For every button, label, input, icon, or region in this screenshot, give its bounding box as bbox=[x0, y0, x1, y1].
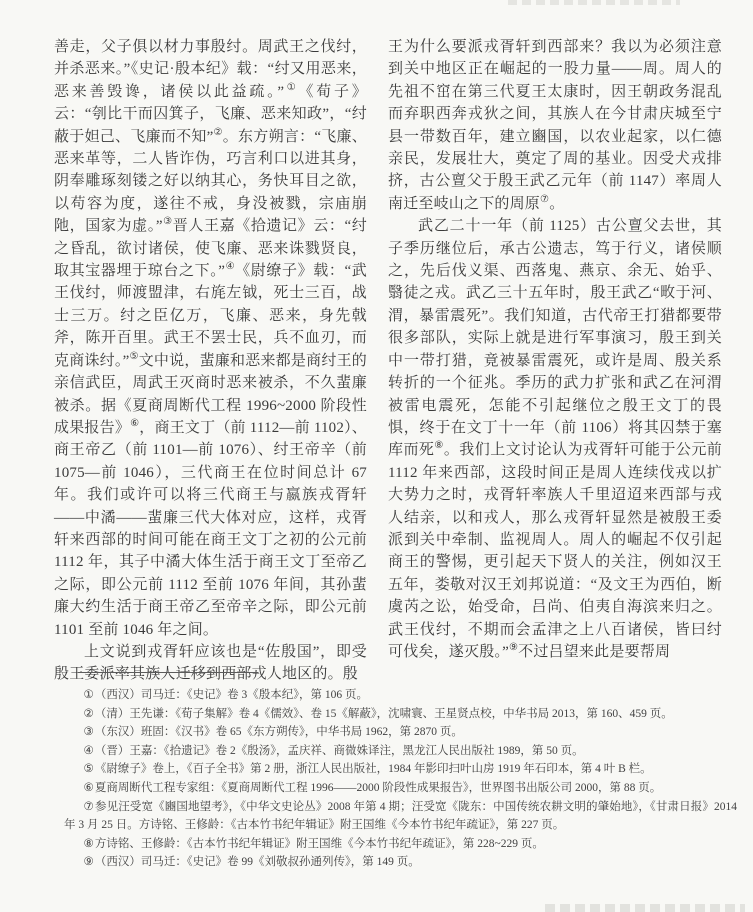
footnote-marker: ⑤ bbox=[84, 763, 94, 775]
footnote-item: ⑨（西汉）司马迁：《史记》卷 99《刘敬叔孙通列传》，第 149 页。 bbox=[64, 853, 737, 872]
footnote-item: ①（西汉）司马迁：《史记》卷 3《殷本纪》，第 106 页。 bbox=[64, 686, 737, 705]
text-columns: 善走，父子俱以材力事殷纣。周武王之伐纣，并杀恶来。”《史记·殷本纪》载：“纣又用… bbox=[54, 36, 722, 686]
footnote-ref: ① bbox=[284, 82, 298, 93]
footnotes-section: ①（西汉）司马迁：《史记》卷 3《殷本纪》，第 106 页。②（清）王先谦：《荀… bbox=[64, 672, 737, 872]
footnote-item: ⑥夏商周断代工程专家组：《夏商周断代工程 1996——2000 阶段性成果报告》… bbox=[64, 779, 737, 798]
paragraph: 善走，父子俱以材力事殷纣。周武王之伐纣，并杀恶来。”《史记·殷本纪》载：“纣又用… bbox=[54, 36, 367, 641]
page-footer-remnant bbox=[545, 904, 745, 912]
footnote-item: ⑤《尉缭子》卷上，《百子全书》第 2 册，浙江人民出版社，1984 年影印扫叶山… bbox=[64, 760, 737, 779]
footnote-marker: ⑨ bbox=[84, 856, 94, 868]
paragraph: 王为什么要派戎胥轩到西部来？我以为必须注意到关中地区正在崛起的一股力量——周。周… bbox=[388, 36, 722, 215]
footnote-marker: ③ bbox=[84, 726, 94, 738]
footnote-ref: ⑨ bbox=[509, 642, 518, 653]
footnote-item: ⑦参见汪受宽《豳国地望考》，《中华文史论丛》2008 年第 4 期；汪受宽《陇东… bbox=[64, 798, 737, 835]
footnote-marker: ⑦ bbox=[84, 801, 94, 813]
text-column-left: 善走，父子俱以材力事殷纣。周武王之伐纣，并杀恶来。”《史记·殷本纪》载：“纣又用… bbox=[54, 36, 367, 686]
footnote-marker: ⑥ bbox=[84, 782, 94, 794]
footnote-item: ③（东汉）班固：《汉书》卷 65《东方朔传》，中华书局 1962，第 2870 … bbox=[64, 723, 737, 742]
footnote-item: ④（晋）王嘉：《拾遗记》卷 2《殷汤》，孟庆祥、商微姝译注，黑龙江人民出版社 1… bbox=[64, 742, 737, 761]
footnote-item: ②（清）王先谦：《荀子集解》卷 4《儒效》、卷 15《解蔽》，沈啸寰、王星贤点校… bbox=[64, 705, 737, 724]
running-header-remnant bbox=[508, 0, 680, 5]
footnote-ref: ② bbox=[213, 127, 222, 138]
footnote-ref: ⑤ bbox=[129, 351, 138, 362]
footnote-ref: ⑦ bbox=[540, 194, 549, 205]
footnote-marker: ② bbox=[84, 708, 94, 720]
footnote-marker: ⑧ bbox=[84, 838, 94, 850]
book-page: 善走，父子俱以材力事殷纣。周武王之伐纣，并杀恶来。”《史记·殷本纪》载：“纣又用… bbox=[0, 0, 753, 912]
footnote-ref: ④ bbox=[225, 261, 235, 272]
footnote-ref: ⑧ bbox=[434, 440, 443, 451]
text-column-right: 王为什么要派戎胥轩到西部来？我以为必须注意到关中地区正在崛起的一股力量——周。周… bbox=[388, 36, 722, 686]
footnote-divider bbox=[78, 672, 258, 673]
footnote-item: ⑧方诗铭、王修龄：《古本竹书纪年辑证》附王国维《今本竹书纪年疏证》，第 228~… bbox=[64, 835, 737, 854]
footnote-marker: ④ bbox=[84, 745, 94, 757]
paragraph: 武乙二十一年（前 1125）古公亶父去世，其子季历继位后，承古公遗志，笃于行义，… bbox=[388, 215, 722, 663]
footnote-list: ①（西汉）司马迁：《史记》卷 3《殷本纪》，第 106 页。②（清）王先谦：《荀… bbox=[64, 686, 737, 872]
footnote-ref: ③ bbox=[163, 216, 173, 227]
footnote-marker: ① bbox=[84, 689, 94, 701]
footnote-ref: ⑥ bbox=[130, 418, 139, 429]
